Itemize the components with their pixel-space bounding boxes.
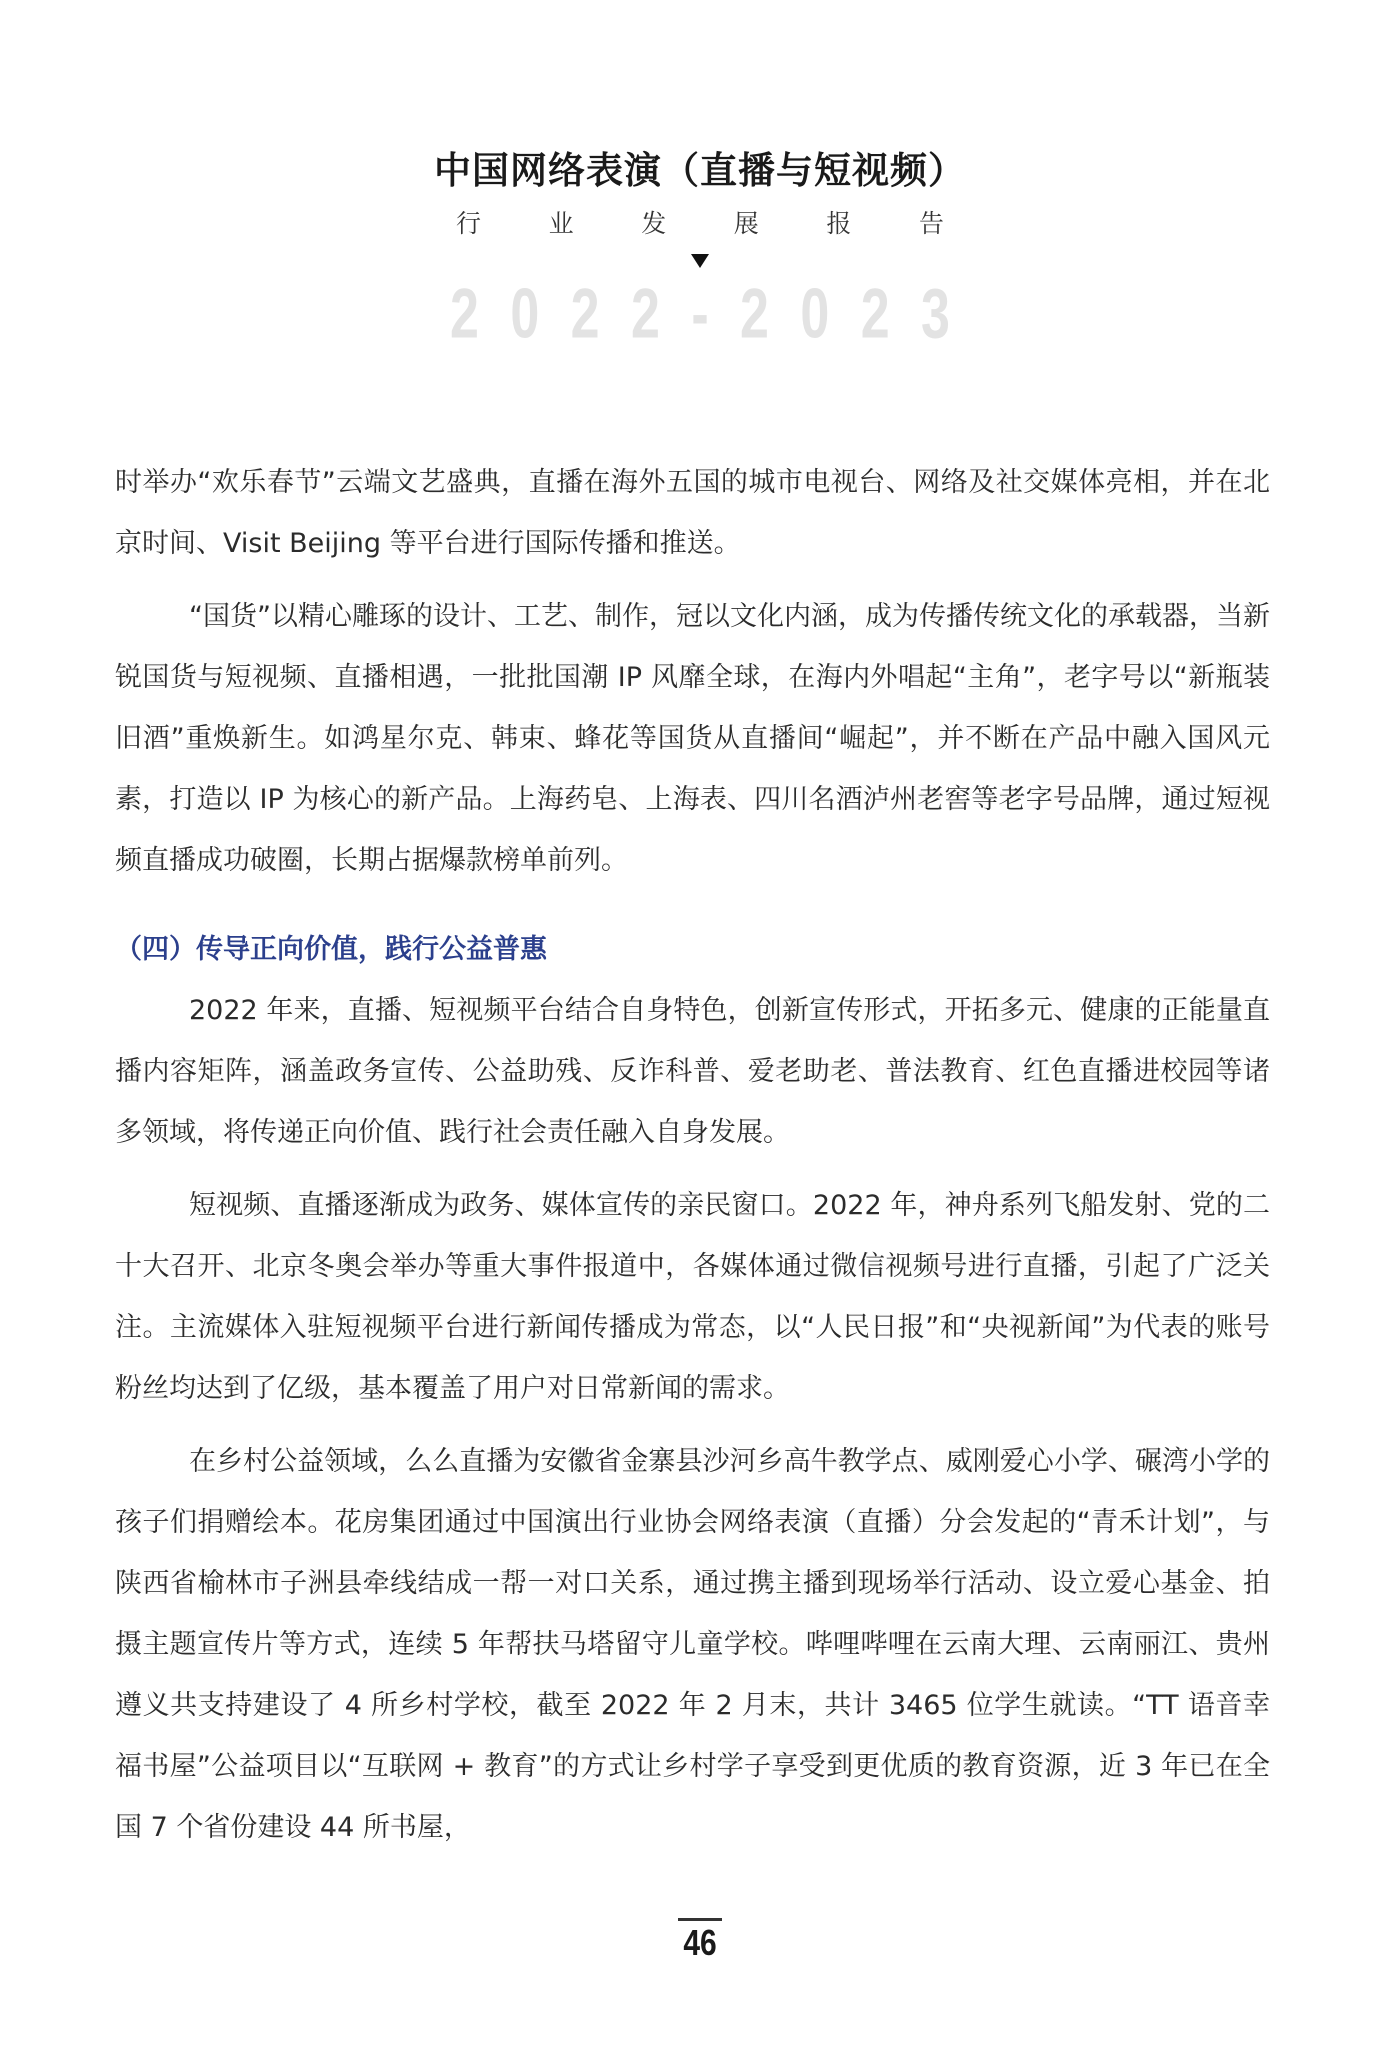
- page-footer: 46: [0, 1918, 1400, 1961]
- paragraph: 在乡村公益领域，么么直播为安徽省金寨县沙河乡高牛教学点、威刚爱心小学、碾湾小学的…: [115, 1431, 1270, 1858]
- subtitle-char: 告: [919, 204, 944, 240]
- year-char: 2: [631, 274, 660, 355]
- section-heading: （四）传导正向价值，践行公益普惠: [115, 919, 1270, 980]
- report-title: 中国网络表演（直播与短视频）: [0, 140, 1400, 194]
- year-char: 0: [510, 274, 539, 355]
- page-number: 46: [0, 1924, 1400, 1965]
- triangle-down-icon: [691, 254, 709, 268]
- report-subtitle: 行 业 发 展 报 告: [450, 204, 950, 240]
- body-text: 时举办“欢乐春节”云端文艺盛典，直播在海外五国的城市电视台、网络及社交媒体亮相，…: [115, 452, 1270, 1858]
- subtitle-char: 发: [641, 204, 666, 240]
- year-char: -: [691, 274, 708, 355]
- year-char: 2: [740, 274, 769, 355]
- subtitle-char: 展: [734, 204, 759, 240]
- paragraph: 2022 年来，直播、短视频平台结合自身特色，创新宣传形式，开拓多元、健康的正能…: [115, 980, 1270, 1163]
- paragraph: 时举办“欢乐春节”云端文艺盛典，直播在海外五国的城市电视台、网络及社交媒体亮相，…: [115, 452, 1270, 574]
- subtitle-char: 行: [456, 204, 481, 240]
- year-char: 2: [450, 274, 479, 355]
- paragraph: 短视频、直播逐渐成为政务、媒体宣传的亲民窗口。2022 年，神舟系列飞船发射、党…: [115, 1175, 1270, 1419]
- report-header: 中国网络表演（直播与短视频） 行 业 发 展 报 告 2 0 2 2 - 2 0…: [0, 140, 1400, 334]
- year-char: 3: [921, 274, 950, 355]
- subtitle-char: 业: [549, 204, 574, 240]
- paragraph: “国货”以精心雕琢的设计、工艺、制作，冠以文化内涵，成为传播传统文化的承载器，当…: [115, 586, 1270, 891]
- year-char: 0: [800, 274, 829, 355]
- footer-divider: [678, 1918, 722, 1921]
- year-char: 2: [861, 274, 890, 355]
- report-years: 2 0 2 2 - 2 0 2 3: [450, 274, 950, 355]
- subtitle-char: 报: [826, 204, 851, 240]
- year-char: 2: [571, 274, 600, 355]
